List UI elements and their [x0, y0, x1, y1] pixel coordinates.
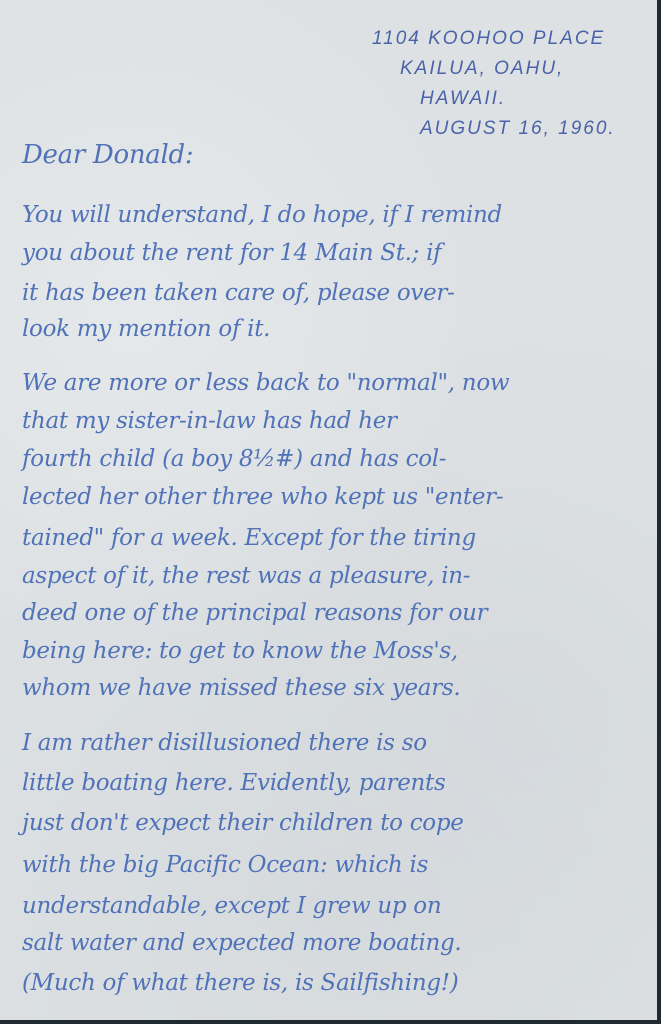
address-city: Kailua, Oahu, — [400, 58, 564, 80]
address-state: Hawaii. — [420, 88, 506, 110]
letter-line: aspect of it, the rest was a pleasure, i… — [22, 563, 470, 589]
letter-line: deed one of the principal reasons for ou… — [22, 600, 487, 626]
letter-line: understandable, except I grew up on — [22, 893, 441, 919]
letter-line: I am rather disillusioned there is so — [22, 730, 427, 756]
letter-line: being here: to get to know the Moss's, — [22, 638, 458, 664]
letter-line: that my sister-in-law has had her — [22, 408, 397, 434]
letter-line: just don't expect their children to cope — [22, 810, 464, 836]
letter-page: 1104 Koohoo Place Kailua, Oahu, Hawaii. … — [0, 0, 657, 1020]
letter-line: little boating here. Evidently, parents — [22, 770, 446, 796]
letter-line: You will understand, I do hope, if I rem… — [22, 202, 502, 228]
letter-line: you about the rent for 14 Main St.; if — [22, 240, 441, 266]
address-street: 1104 Koohoo Place — [372, 28, 605, 50]
letter-line: whom we have missed these six years. — [22, 675, 460, 701]
letter-line: look my mention of it. — [22, 316, 270, 342]
letter-line: tained" for a week. Except for the tirin… — [22, 525, 476, 551]
letter-line: lected her other three who kept us "ente… — [22, 484, 503, 510]
letter-line: fourth child (a boy 8½#) and has col- — [22, 446, 446, 472]
letter-line: We are more or less back to "normal", no… — [22, 370, 509, 396]
letter-date: August 16, 1960. — [420, 118, 616, 140]
salutation: Dear Donald: — [22, 140, 193, 170]
letter-line: salt water and expected more boating. — [22, 930, 461, 956]
letter-line: (Much of what there is, is Sailfishing!) — [22, 970, 458, 996]
letter-line: it has been taken care of, please over- — [22, 280, 455, 306]
letter-line: with the big Pacific Ocean: which is — [22, 852, 428, 878]
